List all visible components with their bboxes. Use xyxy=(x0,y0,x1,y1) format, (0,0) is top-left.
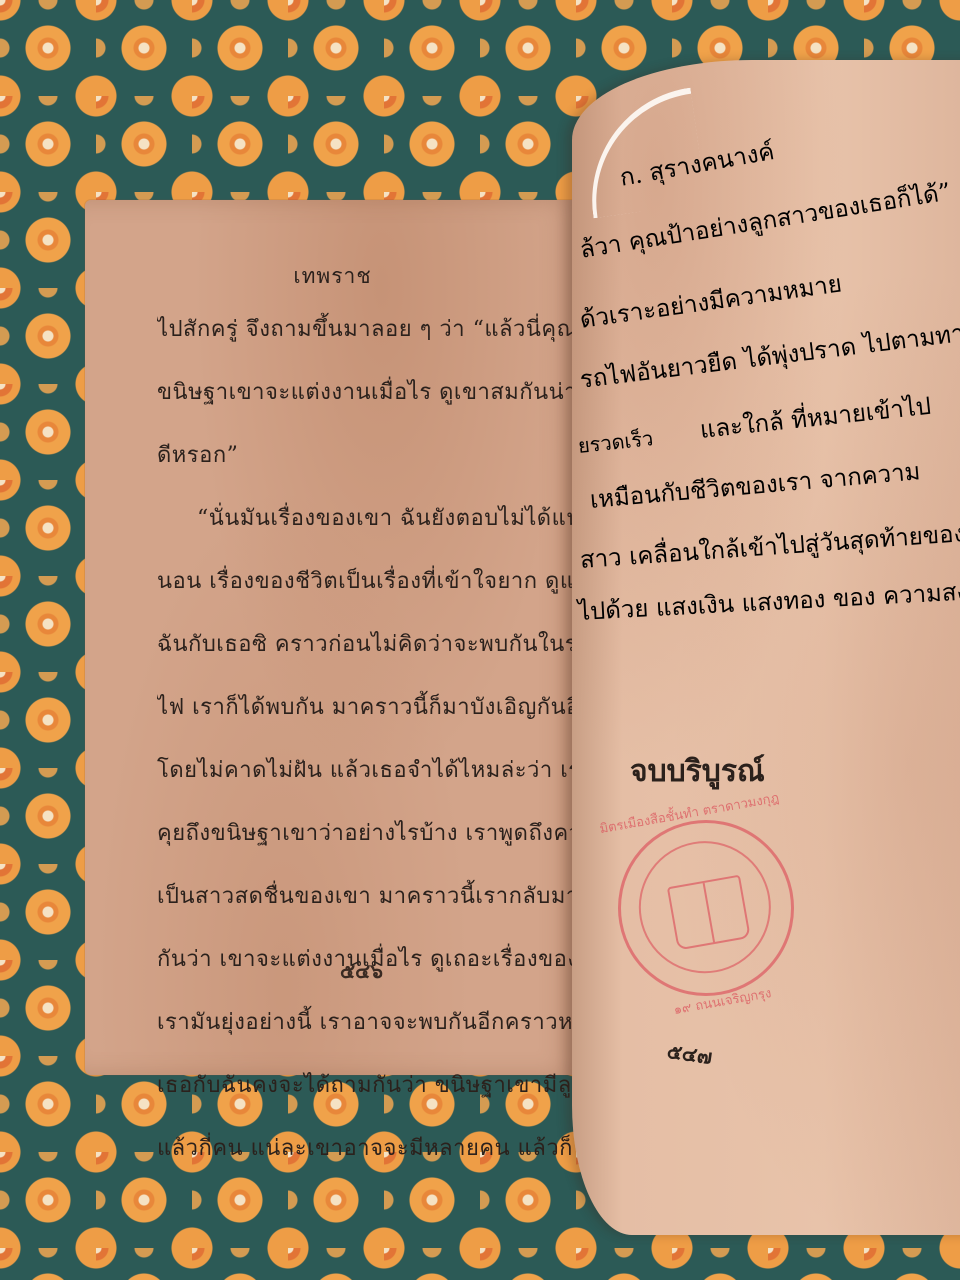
the-end-label: จบบริบูรณ์ xyxy=(630,748,765,795)
right-page-text: ก. สุรางคนางค์ ล้วา คุณป้าอย่างลูกสาวของ… xyxy=(0,0,960,1280)
text-line: ไปด้วย แสงเงิน แสงทอง ของ ความสงบ xyxy=(577,571,960,631)
open-book-icon xyxy=(667,875,751,951)
text-line: ก. สุรางคนางค์ xyxy=(617,131,778,197)
text-line: ยรวดเร็ว xyxy=(576,422,654,462)
text-line: และใกล้ ที่หมายเข้าไป xyxy=(698,386,933,449)
text-line: ด้วเราะอย่างมีความหมาย xyxy=(577,263,844,338)
text-line: เหมือนกับชีวิตของเรา จากความ xyxy=(588,451,922,519)
stamp-inner-ring xyxy=(628,831,781,984)
text-line: สาว เคลื่อนใกล้เข้าไปสู่วันสุดท้ายของ xyxy=(579,513,960,579)
page-number: ๕๔๗ xyxy=(665,1035,714,1073)
